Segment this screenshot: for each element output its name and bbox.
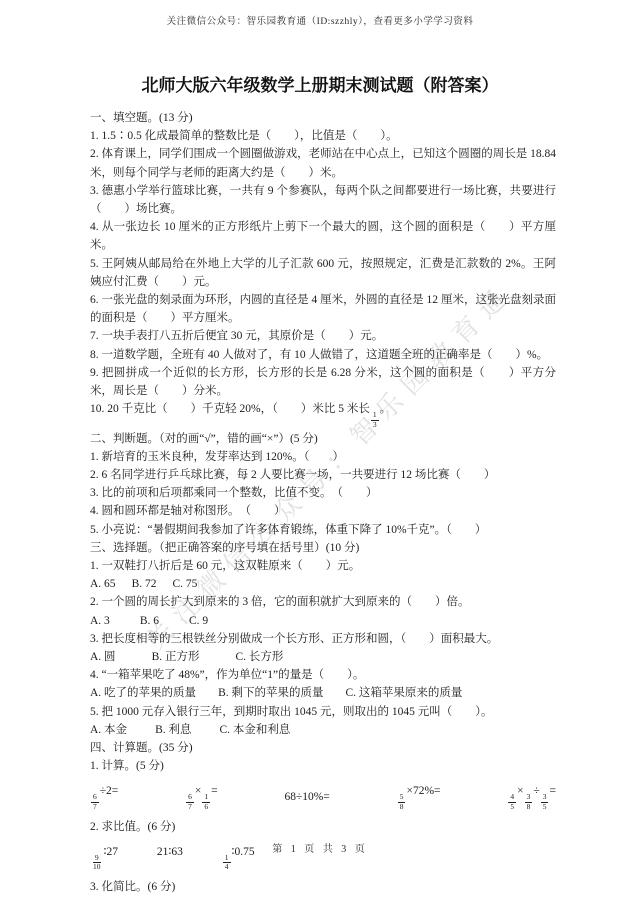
fraction: 45: [508, 793, 516, 811]
fraction: 16: [202, 793, 210, 811]
choice-q3-stem: 3. 把长度相等的三根铁丝分别做成一个长方形、正方形和圆，（ ）面积最大。: [90, 630, 556, 648]
expression-5: 45×38÷35=: [507, 782, 556, 811]
fill-in-item-10: 10. 20 千克比（ ）千克轻 20%，（ ）米比 5 米长13。: [90, 400, 556, 429]
choice-q5-options: A. 本金B. 利息C. 本金和利息: [90, 721, 556, 739]
fraction-one-third: 13: [371, 411, 379, 429]
option-b: B. 利息: [155, 724, 191, 736]
calc-part2-label: 2. 求比值。(6 分): [90, 818, 556, 836]
fraction: 58: [398, 793, 406, 811]
choice-q1-stem: 1. 一双鞋打八折后是 60 元，这双鞋原来（ ）元。: [90, 557, 556, 575]
choice-q1-options: A. 65B. 72C. 75: [90, 575, 556, 593]
option-a: A. 圆: [90, 651, 116, 663]
option-b: B. 72: [132, 578, 157, 590]
section2-heading: 二、判断题。（对的画“√”，错的画“×”）(5 分): [90, 430, 556, 448]
option-b: B. 6: [140, 615, 159, 627]
expression-2: 67×16=: [185, 782, 218, 811]
fill-in-item-1: 1. 1.5∶0.5 化成最简单的整数比是（ ），比值是（ ）。: [90, 127, 556, 145]
paper-content: 一、填空题。(13 分) 1. 1.5∶0.5 化成最简单的整数比是（ ），比值…: [90, 109, 556, 896]
option-a: A. 吃了的苹果的质量: [90, 687, 196, 699]
judge-item-4: 4. 圆和圆环都是轴对称图形。 （ ）: [90, 502, 556, 520]
option-c: C. 这箱苹果原来的质量: [345, 687, 462, 699]
option-b: B. 正方形: [152, 651, 200, 663]
option-c: C. 75: [172, 578, 197, 590]
fraction: 35: [541, 793, 549, 811]
choice-q4-stem: 4. “一箱苹果吃了 48%”，作为单位“1”的量是（ ）。: [90, 666, 556, 684]
choice-q2-options: A. 3B. 6C. 9: [90, 612, 556, 630]
fill-in-item-9: 9. 把圆拼成一个近似的长方形，长方形的长是 6.28 分米，这个圆的面积是（ …: [90, 364, 556, 400]
fill-in-item-2: 2. 体育课上，同学们围成一个圆圈做游戏，老师站在中心点上，已知这个圆圈的周长是…: [90, 145, 556, 181]
choice-q2-stem: 2. 一个圆的周长扩大到原来的 3 倍，它的面积就扩大到原来的（ ）倍。: [90, 593, 556, 611]
judge-item-2: 2. 6 名同学进行乒乓球比赛，每 2 人要比赛一场，一共要进行 12 场比赛（…: [90, 466, 556, 484]
fill-in-item-6: 6. 一张光盘的刻录面为环形，内圆的直径是 4 厘米，外圆的直径是 12 厘米，…: [90, 291, 556, 327]
expression-1: 67÷2=: [90, 782, 118, 811]
fraction: 14: [223, 854, 231, 872]
wechat-follow-note: 关注微信公众号：智乐园教育通（ID:szzhly），查看更多小学学习资料: [0, 0, 640, 27]
calc-part1-label: 1. 计算。(5 分): [90, 757, 556, 775]
fill-in-item-5: 5. 王阿姨从邮局给在外地上大学的儿子汇款 600 元，按照规定，汇费是汇款数的…: [90, 255, 556, 291]
fill-in-item-7: 7. 一块手表打八五折后便宜 30 元，其原价是（ ）元。: [90, 327, 556, 345]
question-text-end: 。: [380, 403, 392, 415]
page-title: 北师大版六年级数学上册期末测试题（附答案）: [0, 71, 640, 96]
calc-part3-label: 3. 化简比。(6 分): [90, 878, 556, 896]
choice-q4-options: A. 吃了的苹果的质量B. 剩下的苹果的质量C. 这箱苹果原来的质量: [90, 684, 556, 702]
choice-q5-stem: 5. 把 1000 元存入银行三年，到期时取出 1045 元，则取出的 1045…: [90, 703, 556, 721]
page-number-footer: 第 1 页 共 3 页: [0, 840, 640, 855]
expression-4: 58×72%=: [397, 782, 441, 811]
section3-heading: 三、选择题。（把正确答案的序号填在括号里）(10 分): [90, 539, 556, 557]
judge-item-5: 5. 小亮说：“暑假期间我参加了许多体育锻练，体重下降了 10%千克”。（ ）: [90, 521, 556, 539]
option-c: C. 本金和利息: [219, 724, 290, 736]
test-paper-page: 关注微信公众号：智乐园教育通 关注微信公众号：智乐园教育通（ID:szzhly）…: [0, 0, 640, 905]
option-c: C. 9: [189, 615, 208, 627]
question-text: 10. 20 千克比（ ）千克轻 20%，（ ）米比 5 米长: [90, 403, 370, 415]
fraction: 38: [525, 793, 533, 811]
option-c: C. 长方形: [235, 651, 283, 663]
fraction: 910: [91, 854, 103, 872]
judge-item-1: 1. 新培育的玉米良种，发芽率达到 120%。（ ）: [90, 448, 556, 466]
section4-heading: 四、计算题。(35 分): [90, 739, 556, 757]
fraction: 67: [186, 793, 194, 811]
option-a: A. 本金: [90, 724, 127, 736]
fill-in-item-8: 8. 一道数学题，全班有 40 人做对了，有 10 人做错了，这道题全班的正确率…: [90, 346, 556, 364]
option-a: A. 3: [90, 615, 110, 627]
calc-expression-row: 67÷2= 67×16= 68÷10%= 58×72%= 45×38÷35=: [90, 782, 556, 811]
choice-q3-options: A. 圆B. 正方形C. 长方形: [90, 648, 556, 666]
fraction: 67: [91, 793, 99, 811]
option-a: A. 65: [90, 578, 116, 590]
fill-in-item-3: 3. 德惠小学举行篮球比赛，一共有 9 个参赛队，每两个队之间都要进行一场比赛，…: [90, 182, 556, 218]
fill-in-item-4: 4. 从一张边长 10 厘米的正方形纸片上剪下一个最大的圆，这个圆的面积是（ ）…: [90, 218, 556, 254]
judge-item-3: 3. 比的前项和后项都乘同一个整数，比值不变。 （ ）: [90, 484, 556, 502]
option-b: B. 剩下的苹果的质量: [218, 687, 323, 699]
section1-heading: 一、填空题。(13 分): [90, 109, 556, 127]
expression-3: 68÷10%=: [285, 788, 330, 806]
